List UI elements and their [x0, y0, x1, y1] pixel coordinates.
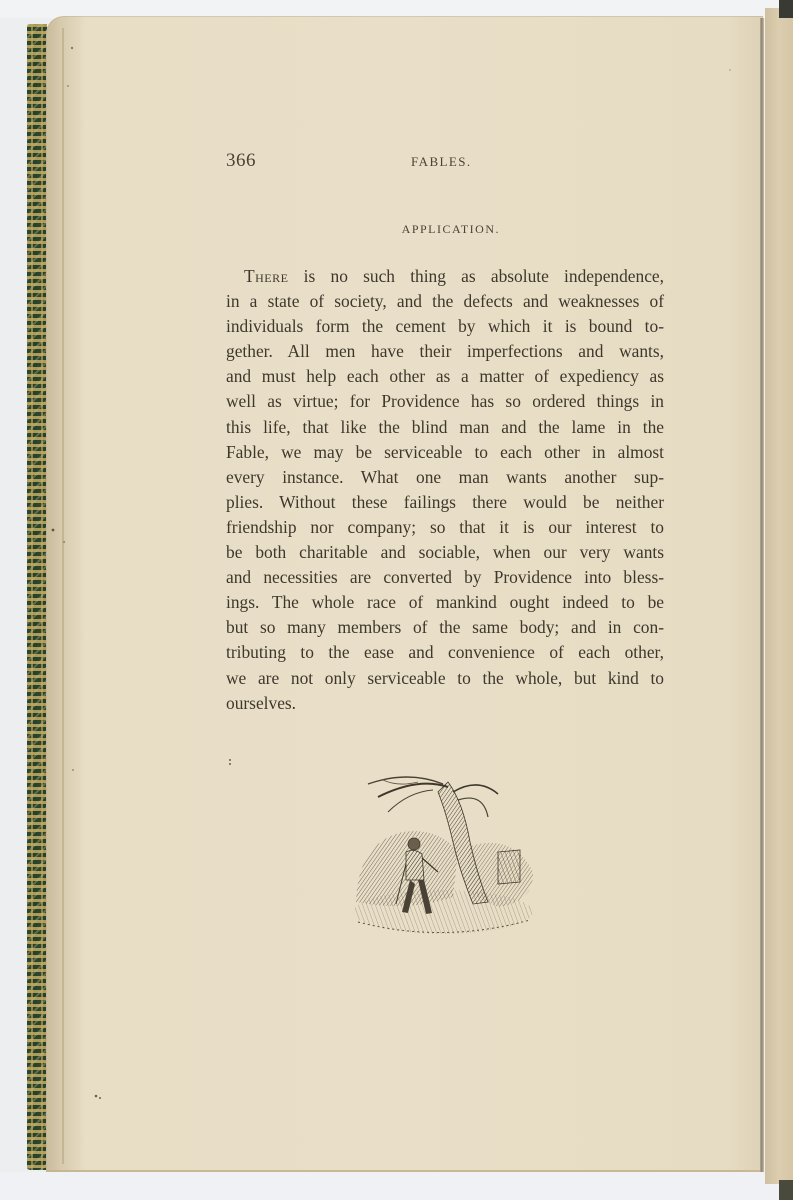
gutter-line	[760, 18, 764, 1172]
lead-word: There	[244, 266, 288, 286]
section-heading-text: APPLICATION.	[402, 222, 500, 237]
storm-tree-traveler-icon	[348, 772, 538, 940]
text-line: this life, that like the blind man and t…	[226, 415, 664, 440]
text-line: every instance. What one man wants anoth…	[226, 465, 664, 490]
text-line: we are not only serviceable to the whole…	[226, 666, 664, 691]
next-page-corner	[779, 1180, 793, 1200]
text-line: tributing to the ease and convenience of…	[226, 640, 664, 665]
text-line: individuals form the cement by which it …	[226, 314, 664, 339]
text-line: Fable, we may be serviceable to each oth…	[226, 440, 664, 465]
text-line: ings. The whole race of mankind ought in…	[226, 590, 664, 615]
body-paragraph: There is no such thing as absolute indep…	[226, 264, 664, 716]
next-page-corner	[779, 0, 793, 18]
page-number: 366	[226, 150, 256, 172]
text-line: There is no such thing as absolute indep…	[226, 264, 664, 289]
running-title: FABLES.	[411, 154, 472, 170]
text-line: but so many members of the same body; an…	[226, 615, 664, 640]
page-fold-line	[62, 28, 64, 1164]
text-line: ourselves.	[226, 691, 664, 716]
marbled-cover-edge	[27, 24, 47, 1170]
section-heading: APPLICATION.	[226, 222, 666, 237]
text-line: and necessities are converted by Provide…	[226, 565, 664, 590]
running-head: 366 FABLES.	[226, 150, 666, 176]
text-line: well as virtue; for Providence has so or…	[226, 389, 664, 414]
page-edge-shadow	[46, 16, 86, 1172]
text-line: and must help each other as a matter of …	[226, 364, 664, 389]
text-line: plies. Without these failings there woul…	[226, 490, 664, 515]
text-line: in a state of society, and the defects a…	[226, 289, 664, 314]
text-line: be both charitable and sociable, when ou…	[226, 540, 664, 565]
woodcut-vignette-illustration	[348, 772, 538, 940]
scan-background-bottom	[0, 1172, 793, 1200]
next-page-edge	[765, 8, 793, 1184]
text-line: gether. All men have their imperfections…	[226, 339, 664, 364]
text-line: friendship nor company; so that it is ou…	[226, 515, 664, 540]
